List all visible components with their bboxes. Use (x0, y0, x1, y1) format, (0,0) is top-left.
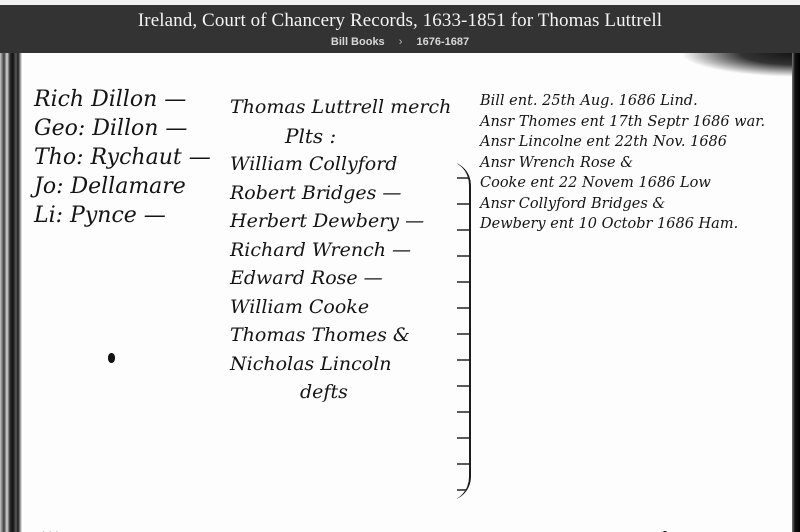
filing-entry: Ansr Wrench Rose & (480, 153, 765, 174)
defendants-label: defts (300, 378, 451, 407)
right-entries-column: Bill ent. 25th Aug. 1686 Lind. Ansr Thom… (480, 91, 765, 235)
breadcrumb-1676-1687[interactable]: 1676-1687 (416, 36, 469, 48)
center-column: Thomas Luttrell merch Plts : William Col… (230, 93, 451, 407)
defendant-name: William Cooke (230, 293, 451, 322)
filing-entry: Ansr Lincolne ent 22th Nov. 1686 (480, 132, 765, 153)
curly-brace-mark (447, 161, 471, 501)
handwritten-name: Jo: Dellamare (34, 172, 211, 201)
defendant-name: Thomas Thomes & (230, 321, 451, 350)
defendant-name: Robert Bridges — (230, 179, 451, 208)
page-binding-edge (0, 53, 22, 532)
filing-entry: Ansr Thomes ent 17th Septr 1686 war. (480, 112, 765, 133)
breadcrumb-bill-books[interactable]: Bill Books (331, 36, 385, 48)
document-image-viewer[interactable]: Rich Dillon — Geo: Dillon — Tho: Rychaut… (0, 53, 800, 532)
handwritten-name: Rich Dillon — (34, 85, 211, 114)
defendant-name: Richard Wrench — (230, 236, 451, 265)
defendant-name: Herbert Dewbery — (230, 207, 451, 236)
case-heading: Thomas Luttrell merch (230, 93, 451, 122)
defendant-name: Edward Rose — (230, 264, 451, 293)
handwritten-name: Li: Pynce — (34, 201, 211, 230)
defendant-name: Nicholas Lincoln (230, 350, 451, 379)
breadcrumb: Bill Books › 1676-1687 (0, 35, 800, 49)
record-header: Ireland, Court of Chancery Records, 1633… (0, 5, 800, 53)
filing-entry: Bill ent. 25th Aug. 1686 Lind. (480, 91, 765, 112)
filing-entry: Dewbery ent 10 Octobr 1686 Ham. (480, 214, 765, 235)
record-title: Ireland, Court of Chancery Records, 1633… (0, 5, 800, 32)
handwritten-name: Tho: Rychaut — (34, 143, 211, 172)
bottom-partial-line: … (40, 515, 60, 532)
filing-entry: Ansr Collyford Bridges & (480, 194, 765, 215)
page-corner-shadow (680, 53, 800, 77)
ink-blot (108, 353, 115, 363)
chevron-right-icon: › (399, 35, 403, 49)
page-right-edge (792, 53, 800, 532)
defendant-name: William Collyford (230, 150, 451, 179)
handwritten-name: Geo: Dillon — (34, 114, 211, 143)
plaintiffs-label: Plts : (285, 122, 451, 151)
filing-entry: Cooke ent 22 Novem 1686 Low (480, 173, 765, 194)
left-names-column: Rich Dillon — Geo: Dillon — Tho: Rychaut… (34, 85, 211, 230)
